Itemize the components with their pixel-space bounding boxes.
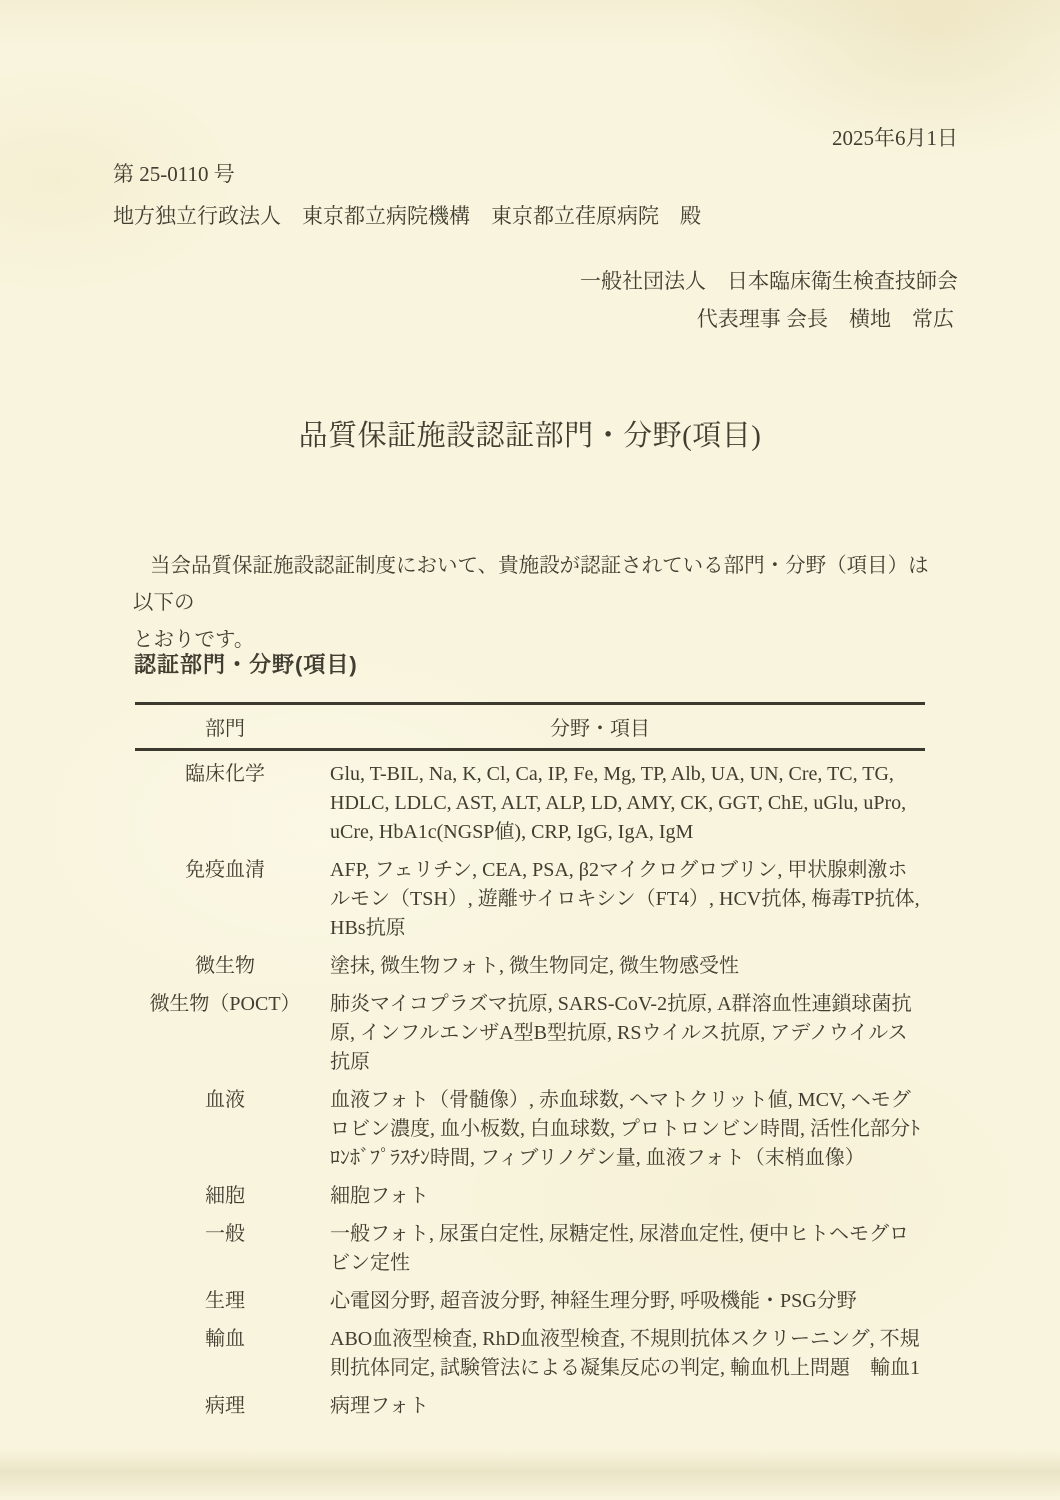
table-row: 病理 病理フォト (135, 1392, 925, 1421)
certification-table: 部門 分野・項目 臨床化学 Glu, T-BIL, Na, K, Cl, Ca,… (135, 702, 925, 1430)
table-row: 臨床化学 Glu, T-BIL, Na, K, Cl, Ca, IP, Fe, … (135, 760, 925, 847)
scan-edge-shadow (0, 1450, 1060, 1498)
document-title: 品質保証施設認証部門・分野(項目) (0, 413, 1060, 454)
items-cell: 心電図分野, 超音波分野, 神経生理分野, 呼吸機能・PSG分野 (315, 1287, 925, 1316)
department-cell: 病理 (135, 1392, 315, 1421)
table-row: 生理 心電図分野, 超音波分野, 神経生理分野, 呼吸機能・PSG分野 (135, 1287, 925, 1316)
table-row: 血液 血液フォト（骨髄像）, 赤血球数, ヘマトクリット値, MCV, ヘモグロ… (135, 1086, 925, 1173)
department-cell: 細胞 (135, 1182, 315, 1211)
body-paragraph: 当会品質保証施設認証制度において、貴施設が認証されている部門・分野（項目）は以下… (133, 548, 945, 659)
body-paragraph-line1: 当会品質保証施設認証制度において、貴施設が認証されている部門・分野（項目）は以下… (133, 548, 945, 622)
department-cell: 微生物（POCT） (135, 990, 315, 1077)
recipient-line: 地方独立行政法人 東京都立病院機構 東京都立荏原病院 殿 (113, 200, 701, 230)
items-cell: 塗抹, 微生物フォト, 微生物同定, 微生物感受性 (315, 952, 925, 981)
items-cell: Glu, T-BIL, Na, K, Cl, Ca, IP, Fe, Mg, T… (315, 760, 925, 847)
table-row: 微生物 塗抹, 微生物フォト, 微生物同定, 微生物感受性 (135, 952, 925, 981)
items-cell: ABO血液型検査, RhD血液型検査, 不規則抗体スクリーニング, 不規則抗体同… (315, 1325, 925, 1383)
column-header-department: 部門 (135, 712, 315, 741)
table-row: 細胞 細胞フォト (135, 1182, 925, 1211)
department-cell: 臨床化学 (135, 760, 315, 847)
items-cell: 一般フォト, 尿蛋白定性, 尿糖定性, 尿潜血定性, 便中ヒトヘモグロビン定性 (315, 1220, 925, 1278)
department-cell: 血液 (135, 1086, 315, 1173)
issuer-representative: 代表理事 会長 横地 常広 (697, 303, 954, 333)
items-cell: 血液フォト（骨髄像）, 赤血球数, ヘマトクリット値, MCV, ヘモグロビン濃… (315, 1086, 925, 1173)
department-cell: 微生物 (135, 952, 315, 981)
section-heading: 認証部門・分野(項目) (134, 648, 358, 679)
column-header-fields: 分野・項目 (315, 712, 925, 741)
items-cell: AFP, フェリチン, CEA, PSA, β2マイクログロブリン, 甲状腺刺激… (315, 856, 925, 943)
table-row: 微生物（POCT） 肺炎マイコプラズマ抗原, SARS-CoV-2抗原, A群溶… (135, 990, 925, 1077)
table-row: 免疫血清 AFP, フェリチン, CEA, PSA, β2マイクログロブリン, … (135, 856, 925, 943)
table-row: 輸血 ABO血液型検査, RhD血液型検査, 不規則抗体スクリーニング, 不規則… (135, 1325, 925, 1383)
issuer-organization: 一般社団法人 日本臨床衛生検査技師会 (580, 265, 958, 295)
items-cell: 肺炎マイコプラズマ抗原, SARS-CoV-2抗原, A群溶血性連鎖球菌抗原, … (315, 990, 925, 1077)
department-cell: 生理 (135, 1287, 315, 1316)
table-body: 臨床化学 Glu, T-BIL, Na, K, Cl, Ca, IP, Fe, … (135, 751, 925, 1421)
items-cell: 細胞フォト (315, 1182, 925, 1211)
table-row: 一般 一般フォト, 尿蛋白定性, 尿糖定性, 尿潜血定性, 便中ヒトヘモグロビン… (135, 1220, 925, 1278)
items-cell: 病理フォト (315, 1392, 925, 1421)
document-page: 2025年6月1日 第 25-0110 号 地方独立行政法人 東京都立病院機構 … (0, 0, 1060, 1500)
document-date: 2025年6月1日 (832, 122, 958, 152)
document-number: 第 25-0110 号 (113, 158, 235, 188)
department-cell: 免疫血清 (135, 856, 315, 943)
table-header-row: 部門 分野・項目 (135, 702, 925, 751)
department-cell: 輸血 (135, 1325, 315, 1383)
department-cell: 一般 (135, 1220, 315, 1278)
